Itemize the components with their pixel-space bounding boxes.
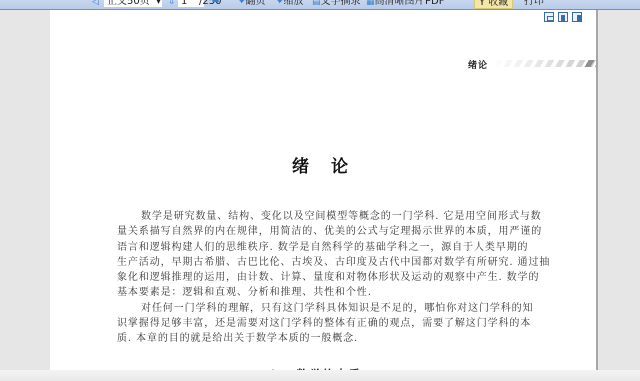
page-select[interactable]: 正文50页 (104, 0, 162, 7)
paragraph-line: 识掌握得足够丰富，还是需要对这门学科的整体有正确的观点，需要了解这门学科的本 (117, 316, 557, 331)
paragraph-line: 语言和逻辑构建人们的思维秩序. 数学是自然科学的基础学科之一，源自于人类早期的 (117, 240, 557, 255)
star-icon: Y (479, 0, 488, 8)
paragraph-line: 量关系描写自然界的内在规律，用简洁的、优美的公式与定理揭示世界的本质，用严谨的 (117, 224, 557, 239)
hd-image-icon: ▦ (366, 0, 375, 7)
header-stripe-end (584, 60, 596, 67)
chapter-title: 绪论 (0, 152, 640, 177)
zoom-icon: ✦ (276, 0, 284, 7)
zoom-button[interactable]: ✦缩放 (276, 0, 304, 7)
page-turn-button[interactable]: ✦翻页 (238, 0, 266, 7)
text-extract-icon: ▤ (312, 0, 321, 7)
body-text: 数学是研究数量、结构、变化以及空间模型等概念的一门学科. 它是用空间形式与数 量… (117, 209, 557, 347)
paragraph-line: 象化和逻辑推理的运用，由计数、计算、量度和对物体形状及运动的观察中产生. 数学的 (117, 270, 557, 285)
reader-toolbar: ◁ 正文50页 ▾ ⇩ 1 /250 ➡ ✦翻页 ✦缩放 ▤文字摘录 ▦高清晰图… (0, 0, 640, 10)
fit-page-icon[interactable] (544, 12, 554, 22)
paragraph-line: 质. 本章的目的就是给出关于数学本质的一般概念. (117, 331, 557, 346)
pdf-button[interactable]: PDF (425, 0, 444, 7)
bottom-edge (0, 370, 640, 381)
print-button[interactable]: 打印 (524, 0, 544, 7)
single-page-icon[interactable] (558, 12, 568, 22)
paragraph-line: 基本要素是：逻辑和直观、分析和推理、共性和个性. (117, 285, 557, 300)
page-shadow (596, 10, 598, 370)
left-gutter (0, 10, 50, 381)
paragraph-line: 数学是研究数量、结构、变化以及空间模型等概念的一门学科. 它是用空间形式与数 (109, 209, 557, 224)
facing-page-icon[interactable] (572, 12, 582, 22)
paragraph-line: 生产活动，早期古希腊、古巴比伦、古埃及、古印度及古代中国都对数学有所研究. 通过… (117, 255, 557, 270)
goto-page-icon[interactable]: ⇩ (168, 0, 176, 7)
favorite-button[interactable]: Y 收藏 (474, 0, 513, 9)
page-turn-icon: ✦ (238, 0, 246, 7)
running-head: 绪论 (468, 58, 488, 71)
right-gutter (598, 10, 640, 381)
text-extract-button[interactable]: ▤文字摘录 (312, 0, 361, 7)
prev-page-icon[interactable]: ◁ (92, 0, 99, 7)
go-arrow-icon[interactable]: ➡ (212, 0, 220, 7)
header-stripe-decoration (492, 60, 596, 67)
hd-image-button[interactable]: ▦高清晰图片 (366, 0, 425, 7)
paragraph-line: 对任何一门学科的理解，只有这门学科具体知识是不足的，哪怕你对这门学科的知 (109, 301, 557, 316)
view-controls (544, 12, 582, 22)
chevron-down-icon[interactable]: ▾ (156, 0, 161, 7)
